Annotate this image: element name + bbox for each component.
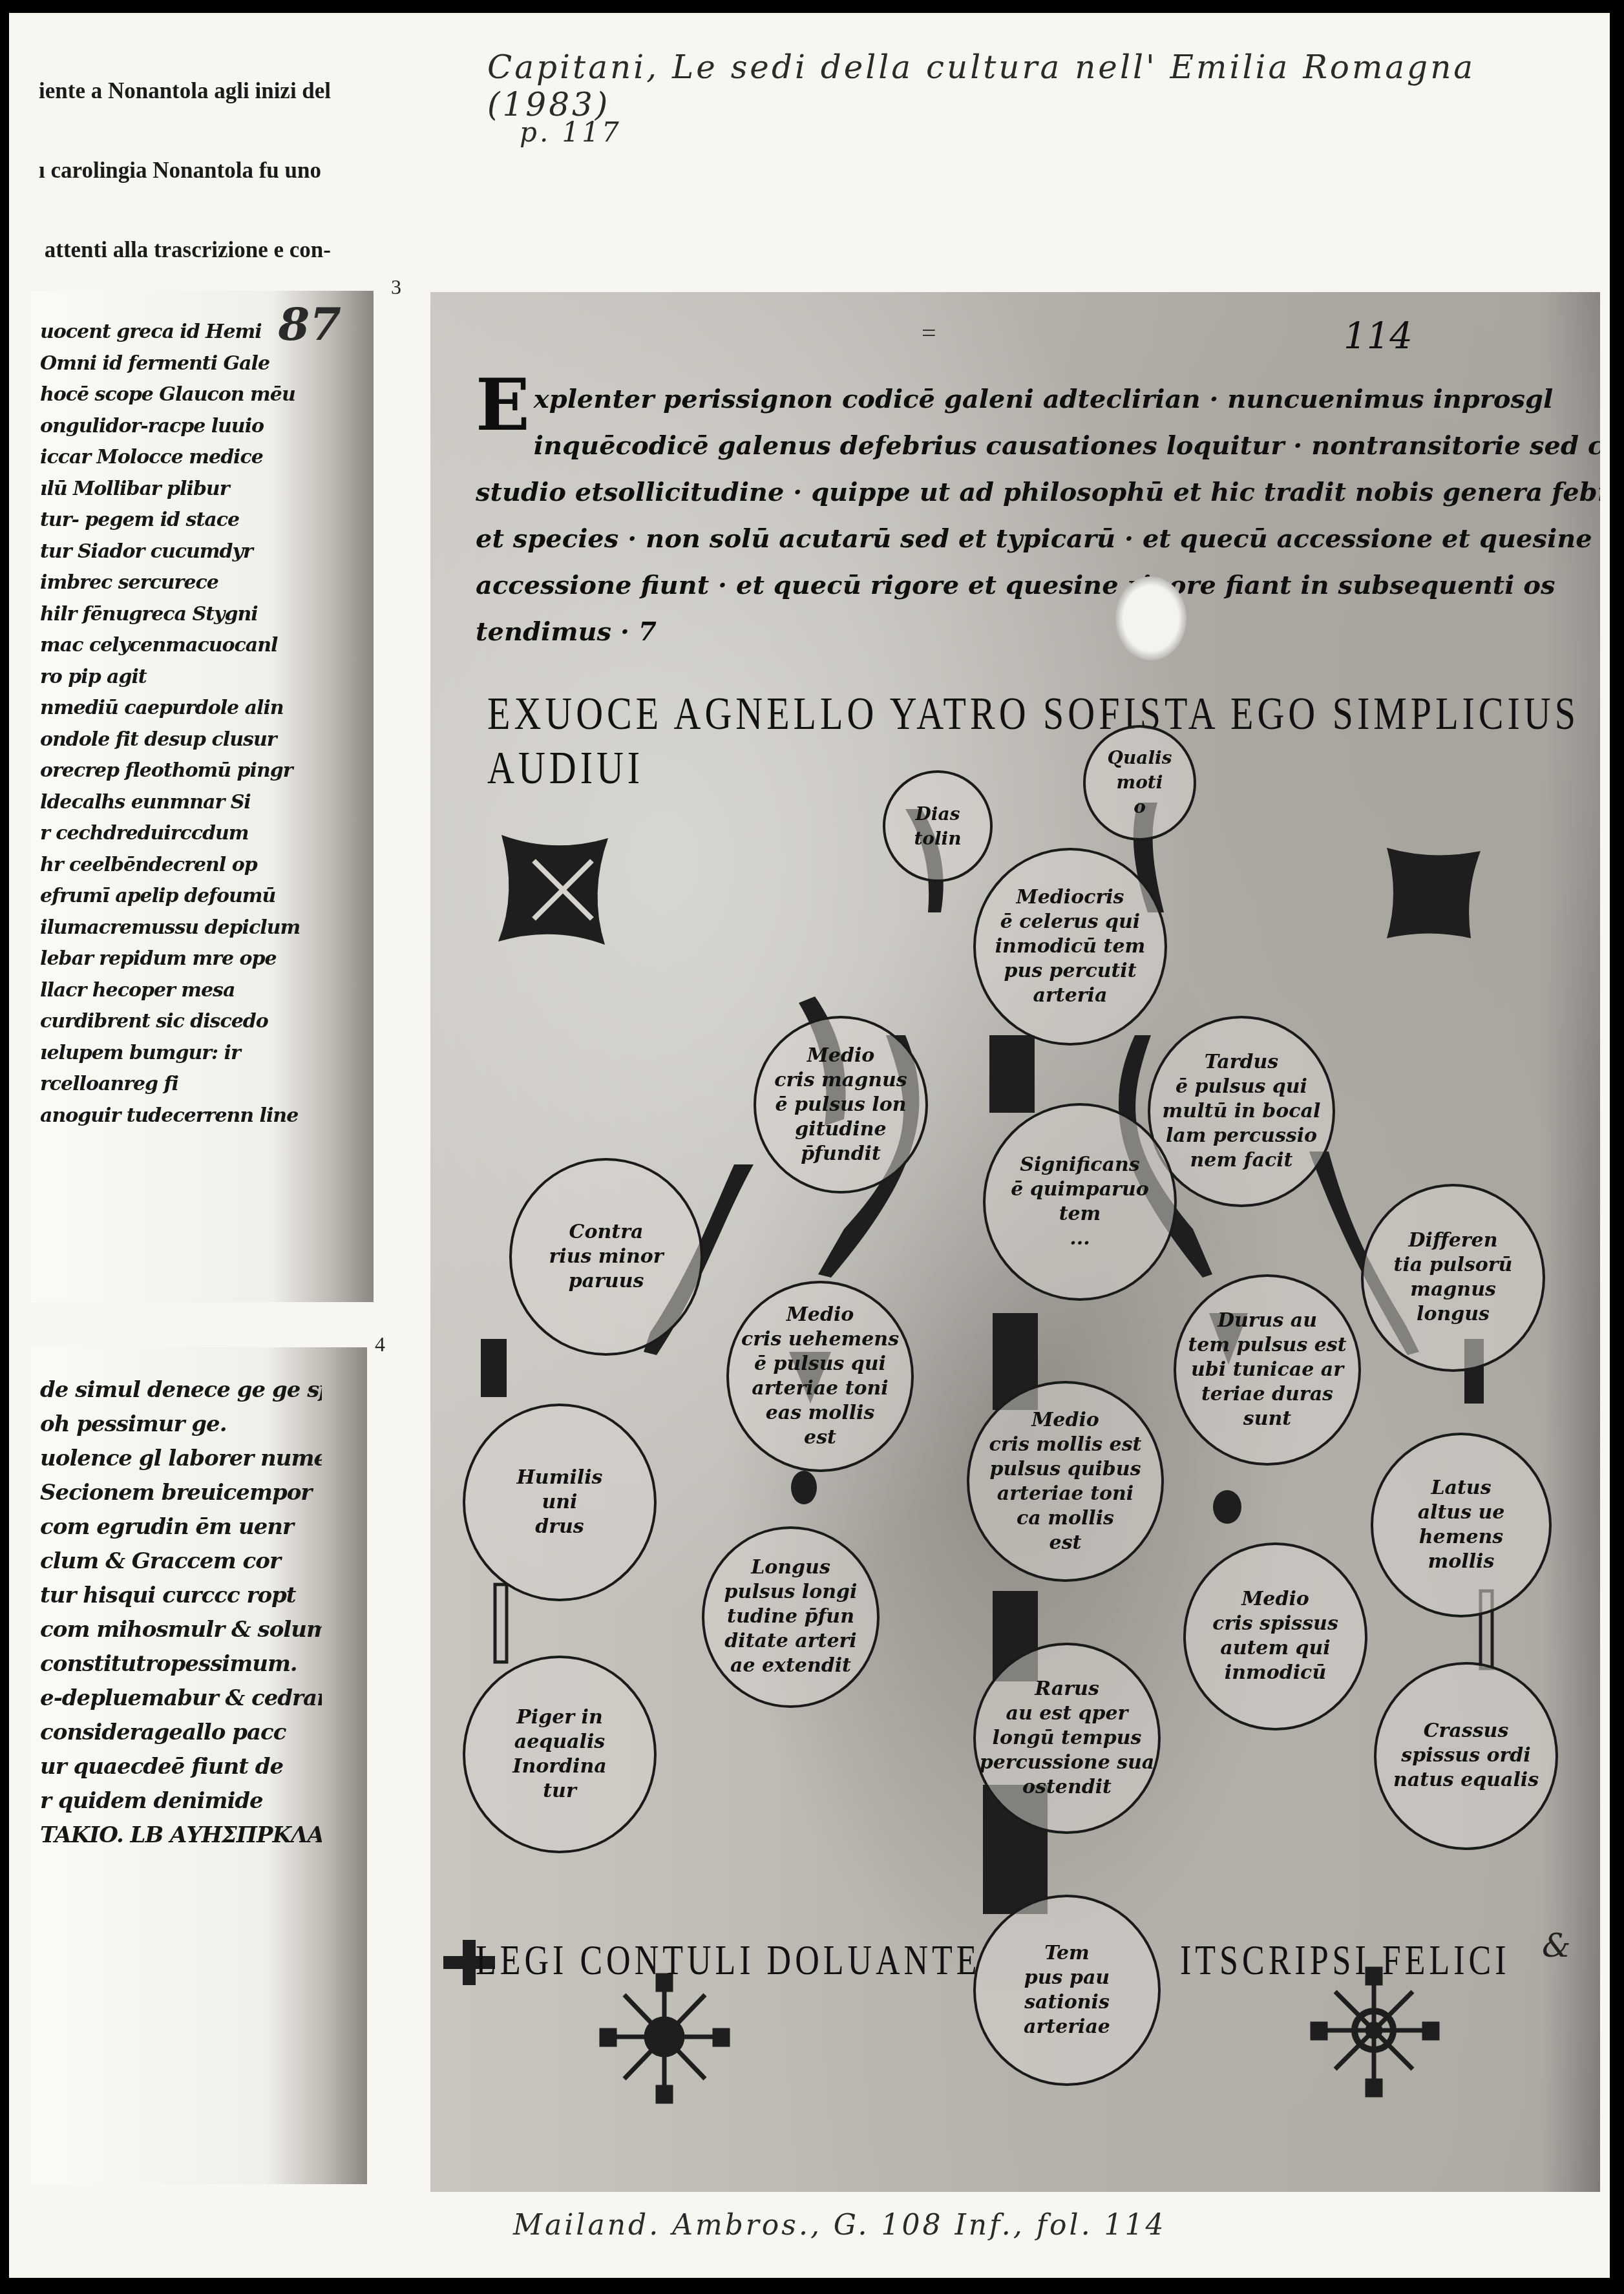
fragment-line: Omni id fermenti Gale: [40, 348, 328, 380]
diagram-node-durus: Durus autem pulsus estubi tunicae arteri…: [1174, 1274, 1361, 1466]
fragment-line: ongulidor-racpe luuio: [40, 411, 328, 443]
node-text-line: Crassus: [1424, 1719, 1509, 1743]
fragment-line: iccar Molocce medice: [40, 442, 328, 474]
node-text-line: drus: [535, 1515, 584, 1539]
fragment-line: Secionem breuicempor: [40, 1476, 322, 1510]
four-point-star-left: [498, 835, 608, 945]
rosette-left: [602, 1975, 728, 2101]
node-text-line: longus: [1417, 1302, 1490, 1327]
fragment-line: de simul denece ge ge sfu: [40, 1373, 322, 1407]
fragment-line: imbrec sercurece: [40, 567, 328, 599]
diagram-node-qualis-motio: Qualismotio: [1083, 725, 1196, 841]
fragment-line: hocē scope Glaucon mēu: [40, 379, 328, 411]
manuscript-plate-folio-114: = 114 E xplenter perissignon codicē gale…: [430, 292, 1600, 2192]
node-text-line: multū in bocal: [1163, 1099, 1321, 1124]
fragment-line: tur Siador cucumdyr: [40, 536, 328, 568]
node-text-line: ubi tunicae ar: [1191, 1358, 1344, 1382]
node-text-line: ae extendit: [730, 1654, 851, 1678]
node-text-line: pulsus longi: [724, 1580, 858, 1605]
node-text-line: Medio: [1241, 1587, 1309, 1612]
node-text-line: Medio: [1031, 1408, 1099, 1433]
diagram-node-differentia: Differentia pulsorūmagnuslongus: [1361, 1184, 1545, 1372]
node-text-line: ē celerus qui: [1000, 910, 1141, 934]
node-text-line: sunt: [1243, 1407, 1291, 1431]
printed-line: attenti alla trascrizione e con-: [39, 237, 331, 263]
node-text-line: lam percussio: [1166, 1124, 1317, 1148]
diagram-node-mediocris-spissus: Mediocris spissusautem quiinmodicū: [1183, 1542, 1367, 1731]
printed-line: ı carolingia Nonantola fu uno: [39, 157, 331, 184]
fragment-line: ur quaecdeē fiunt de: [40, 1750, 322, 1784]
fragment-line: hr ceelbēndecrenl op: [40, 850, 328, 881]
node-text-line: ē pulsus qui: [1176, 1075, 1307, 1099]
node-text-line: arteriae: [1024, 2015, 1110, 2039]
diagram-node-significans: Significansē quimparuotem...: [983, 1103, 1177, 1301]
node-text-line: natus equalis: [1393, 1768, 1539, 1793]
fragment-line: e-depluemabur & cedran: [40, 1681, 322, 1716]
handwritten-reference: Capitani, Le sedi della cultura nell' Em…: [487, 48, 1610, 123]
fragment-line: oh pessimur ge.: [40, 1407, 322, 1442]
node-text-line: est: [804, 1426, 836, 1450]
fragment-4-text: de simul denece ge ge sfuoh pessimur ge.…: [40, 1373, 322, 1853]
diagram-node-mediocris-mollis: Mediocris mollis estpulsus quibusarteria…: [967, 1381, 1164, 1582]
node-text-line: teriae duras: [1201, 1382, 1333, 1407]
fragment-line: ldecalhs eunmnar Si: [40, 787, 328, 819]
fragment-line: efrumī apelip defoumū: [40, 881, 328, 912]
fragment-line: constitutropessimum.: [40, 1647, 322, 1681]
node-text-line: ca mollis: [1017, 1506, 1114, 1531]
four-point-star-right: [1387, 848, 1481, 938]
fragment-3-text: uocent greca id HemiOmni id fermenti Gal…: [40, 317, 328, 1131]
node-text-line: ē quimparuo: [1011, 1177, 1149, 1202]
node-text-line: p̄fundit: [801, 1142, 881, 1166]
node-text-line: ē pulsus lon: [775, 1093, 907, 1117]
node-text-line: Contra: [569, 1220, 644, 1245]
diagram-node-crassus: Crassusspissus ordinatus equalis: [1374, 1662, 1558, 1850]
colophon-mark: &: [1542, 1927, 1571, 1964]
node-text-line: Dias: [916, 802, 960, 826]
node-text-line: au est qper: [1006, 1701, 1128, 1726]
fragment-line: r cechdreduirccdum: [40, 818, 328, 850]
fragment-line: llacr hecoper mesa: [40, 975, 328, 1007]
node-text-line: Piger in: [516, 1705, 602, 1730]
node-text-line: inmodicū: [1225, 1661, 1326, 1685]
printed-line: iente a Nonantola agli inizi del: [39, 78, 331, 104]
node-text-line: arteriae toni: [752, 1376, 888, 1401]
fragment-line: clum & Graccem cor: [40, 1544, 322, 1579]
node-text-line: cris mollis est: [989, 1433, 1142, 1457]
node-text-line: Tardus: [1205, 1050, 1278, 1075]
fragment-line: TAKIO. LB ΑΥΗΣΠΡΚΛΑ: [40, 1818, 322, 1853]
node-text-line: inmodicū tem: [995, 934, 1146, 959]
fragment-line: uolence gl laborer nume: [40, 1442, 322, 1476]
node-text-line: pus pau: [1024, 1966, 1110, 1990]
fragment-line: r quidem denimide: [40, 1784, 322, 1818]
node-text-line: Humilis: [517, 1466, 603, 1490]
node-text-line: nem facit: [1190, 1148, 1293, 1173]
diagram-node-tempus: Tempus pausationisarteriae: [973, 1895, 1161, 2086]
scanned-page: iente a Nonantola agli inizi del ı carol…: [9, 13, 1610, 2278]
node-text-line: magnus: [1410, 1278, 1496, 1302]
colophon-right: ITSCRIPSI FELICI: [1180, 1937, 1510, 1984]
diagram-node-latus: Latusaltus uehemensmollis: [1371, 1433, 1552, 1617]
plate-number-4: 4: [375, 1332, 385, 1356]
node-text-line: pus percutit: [1004, 959, 1136, 984]
node-text-line: paruus: [569, 1269, 644, 1294]
node-text-line: Qualis: [1108, 746, 1172, 770]
node-text-line: moti: [1117, 770, 1163, 795]
node-text-line: ē pulsus qui: [754, 1352, 886, 1376]
node-text-line: Durus au: [1218, 1309, 1317, 1333]
manuscript-fragment-3: 87 uocent greca id HemiOmni id fermenti …: [31, 291, 374, 1302]
node-text-line: tem: [1059, 1202, 1101, 1226]
node-text-line: est: [1049, 1531, 1082, 1555]
node-text-line: Rarus: [1035, 1677, 1099, 1701]
fragment-line: com mihosmulr & solum: [40, 1613, 322, 1647]
fragment-line: ro pip agit: [40, 662, 328, 693]
node-text-line: Significans: [1020, 1153, 1139, 1177]
node-text-line: gitudine: [795, 1117, 886, 1142]
fragment-line: lebar repidum mre ope: [40, 943, 328, 975]
fragment-line: ondole fit desup clusur: [40, 724, 328, 756]
node-text-line: sationis: [1024, 1990, 1110, 2015]
fragment-line: hilr fēnugreca Stygni: [40, 599, 328, 631]
fragment-line: ılū Mollibar plibur: [40, 474, 328, 505]
node-text-line: Inordina: [512, 1754, 606, 1779]
node-text-line: arteria: [1033, 984, 1108, 1008]
fragment-line: ilumacremussu depiclum: [40, 912, 328, 944]
node-text-line: tolin: [914, 826, 961, 851]
diagram-node-rarus: Rarusau est qperlongū tempuspercussione …: [973, 1643, 1161, 1834]
diagram-node-tardus: Tardusē pulsus quimultū in bocallam perc…: [1148, 1016, 1335, 1207]
fragment-line: considerageallo pacc: [40, 1716, 322, 1750]
node-text-line: cris uehemens: [741, 1327, 899, 1352]
diagram-node-mediocris-magnus: Mediocris magnusē pulsus longitudinep̄fu…: [754, 1016, 928, 1194]
node-text-line: altus ue: [1418, 1500, 1505, 1525]
plate-number-3: 3: [391, 275, 401, 299]
node-text-line: mollis: [1428, 1550, 1495, 1574]
node-text-line: ...: [1070, 1226, 1090, 1251]
node-text-line: hemens: [1419, 1525, 1503, 1550]
node-text-line: o: [1134, 795, 1146, 819]
node-text-line: tudine p̄fun: [727, 1605, 854, 1629]
node-text-line: eas mollis: [766, 1401, 875, 1426]
fragment-line: rcelloanreg fi: [40, 1069, 328, 1100]
node-text-line: Latus: [1431, 1476, 1491, 1500]
fragment-line: com egrudin ēm uenr: [40, 1510, 322, 1544]
fragment-line: anoguir tudecerrenn line: [40, 1100, 328, 1132]
node-text-line: tur: [543, 1779, 576, 1804]
diagram-node-humilis: Humilisunidrus: [463, 1404, 657, 1601]
handwritten-page-number: p. 117: [520, 116, 622, 148]
node-text-line: cris magnus: [774, 1068, 907, 1093]
diagram-node-piger: Piger inaequalisInordinatur: [463, 1656, 657, 1853]
node-text-line: pulsus quibus: [989, 1457, 1141, 1482]
handwritten-caption: Mailand. Ambros., G. 108 Inf., fol. 114: [513, 2209, 1166, 2242]
fragment-line: nmediū caepurdole alin: [40, 693, 328, 724]
fragment-line: orecrep fleothomū pingr: [40, 755, 328, 787]
node-text-line: Differen: [1408, 1228, 1497, 1253]
fragment-line: curdibrent sic discedo: [40, 1006, 328, 1038]
node-text-line: percussione sua: [980, 1751, 1155, 1775]
node-text-line: tem pulsus est: [1188, 1333, 1346, 1358]
node-text-line: aequalis: [514, 1730, 605, 1754]
fragment-line: mac celycenmacuocanl: [40, 630, 328, 662]
rosette-right: [1313, 1969, 1437, 2095]
node-text-line: Medio: [786, 1303, 854, 1327]
fragment-line: uocent greca id Hemi: [40, 317, 328, 348]
diagram-node-mediocris-uehemens: Mediocris uehemensē pulsus quiarteriae t…: [726, 1281, 914, 1472]
node-text-line: Tem: [1044, 1941, 1090, 1966]
node-text-line: Medio: [807, 1044, 875, 1068]
node-text-line: arteriae toni: [997, 1482, 1134, 1506]
node-text-line: tia pulsorū: [1394, 1253, 1513, 1278]
node-text-line: longū tempus: [993, 1726, 1142, 1751]
node-text-line: Mediocris: [1016, 885, 1124, 910]
fragment-line: ıelupem bumgur: ir: [40, 1038, 328, 1069]
node-text-line: uni: [542, 1490, 577, 1515]
node-text-line: spissus ordi: [1401, 1743, 1530, 1768]
fragment-line: tur- pegem id stace: [40, 505, 328, 536]
node-text-line: Longus: [751, 1555, 830, 1580]
diagram-node-diastolin: Diastolin: [883, 770, 993, 882]
node-text-line: cris spissus: [1212, 1612, 1338, 1636]
node-text-line: ditate arteri: [724, 1629, 856, 1654]
diagram-node-longus: Longuspulsus longitudine p̄funditate art…: [702, 1526, 880, 1708]
manuscript-fragment-4: de simul denece ge ge sfuoh pessimur ge.…: [31, 1347, 367, 2184]
node-text-line: autem qui: [1220, 1636, 1331, 1661]
diagram-node-contrarius: Contrarius minorparuus: [509, 1158, 703, 1356]
diagram-node-mediocris-celer: Mediocrisē celerus quiinmodicū tempus pe…: [973, 848, 1167, 1046]
trunk-knot-1: [989, 1035, 1035, 1113]
node-text-line: ostendit: [1022, 1775, 1112, 1800]
fragment-line: tur hisqui curccc ropt: [40, 1579, 322, 1613]
colophon-left: LEGI CONTULI DOLUANTE: [476, 1937, 981, 1984]
node-text-line: rius minor: [549, 1245, 663, 1269]
